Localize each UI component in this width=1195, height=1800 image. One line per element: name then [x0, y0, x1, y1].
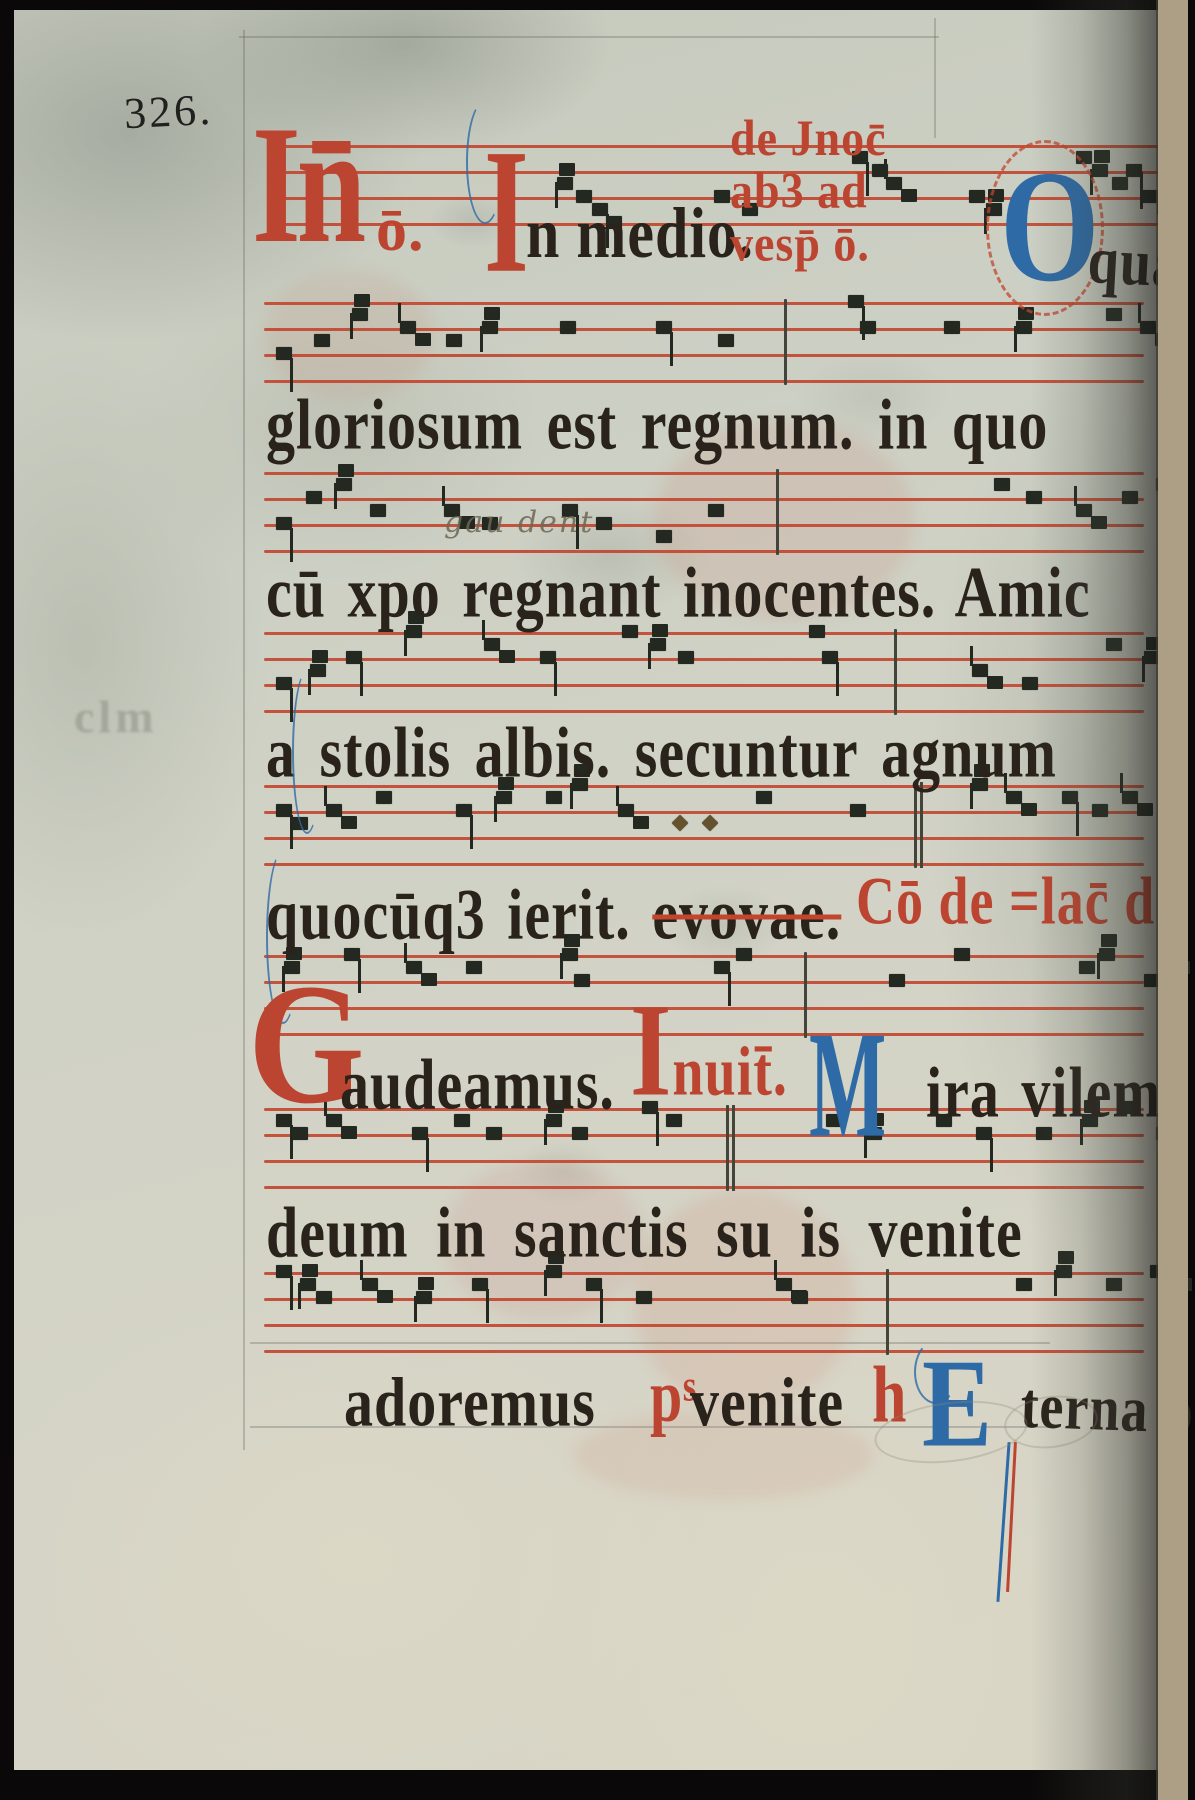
neume — [714, 961, 730, 974]
neume — [1122, 491, 1138, 504]
neume — [618, 804, 634, 817]
neume — [362, 1278, 378, 1291]
neume — [486, 1127, 502, 1140]
rubric-commemoration: Cō de =lac̄ d'. — [856, 862, 1186, 940]
neume — [276, 517, 292, 530]
penwork-flourish — [292, 670, 322, 834]
chant-line5: quocūq3 ierit. evovae. — [266, 872, 841, 956]
neume — [822, 651, 838, 664]
neume — [792, 1291, 808, 1304]
neume — [889, 974, 905, 987]
rubric-heading-line2: ab3 ad — [730, 165, 887, 218]
chant-line8-adoremus: adoremus — [344, 1362, 596, 1442]
neume — [1092, 804, 1108, 817]
staff-line — [264, 498, 1144, 501]
neume — [656, 530, 672, 543]
neume — [1106, 638, 1122, 651]
chant-line8-venite: venite — [690, 1362, 844, 1442]
neume — [1099, 948, 1115, 961]
incipit-monogram: In̄ — [252, 102, 362, 271]
neume — [1076, 504, 1092, 517]
neume — [300, 1278, 316, 1291]
neume — [1016, 321, 1032, 334]
neume — [1022, 677, 1038, 690]
neume — [484, 638, 500, 651]
division-bar — [886, 1269, 889, 1355]
neume — [306, 491, 322, 504]
neume — [1112, 177, 1128, 190]
division-bar — [894, 629, 897, 715]
manuscript-page: clm 326. In̄ ō. I n medio. de Jnoc̄ ab3 … — [14, 10, 1160, 1770]
neume — [1106, 308, 1122, 321]
staff-line — [264, 1350, 1144, 1353]
staff-line — [264, 1160, 1144, 1163]
staff-line — [264, 1007, 1144, 1010]
staff-line — [264, 354, 1144, 357]
division-bar — [776, 469, 779, 555]
neume — [972, 664, 988, 677]
neume — [886, 177, 902, 190]
neume — [586, 1278, 602, 1291]
staff-line — [264, 981, 1144, 984]
neume — [276, 677, 292, 690]
rubric-heading: de Jnoc̄ ab3 ad vesp̄ ō. — [730, 112, 887, 270]
division-bar — [784, 299, 787, 385]
neume — [276, 804, 292, 817]
ruling-line-horizontal-top — [239, 36, 939, 38]
neume — [656, 321, 672, 334]
neume — [650, 638, 666, 651]
neume — [456, 804, 472, 817]
neume — [574, 974, 590, 987]
neume — [678, 651, 694, 664]
incipit-suffix: ō. — [376, 195, 425, 266]
neume — [400, 321, 416, 334]
neume — [557, 177, 573, 190]
manuscript-photo: clm 326. In̄ ō. I n medio. de Jnoc̄ ab3 … — [0, 0, 1195, 1800]
neume — [1106, 1278, 1122, 1291]
chant-line7: deum in sanctis su is venite — [266, 1190, 1023, 1274]
neume — [954, 948, 970, 961]
neume — [1062, 791, 1078, 804]
staff-line — [264, 811, 1144, 814]
music-staff — [264, 472, 1144, 554]
neume — [336, 478, 352, 491]
facing-page-edge — [1158, 0, 1188, 1800]
showthrough-text: clm — [74, 690, 158, 743]
initial-o-quam: O — [1000, 146, 1100, 306]
neume — [596, 517, 612, 530]
neume — [672, 815, 689, 832]
neume — [1056, 1265, 1072, 1278]
neume — [718, 334, 734, 347]
neume — [944, 321, 960, 334]
staff-line — [264, 472, 1144, 475]
staff-line — [264, 1324, 1144, 1327]
neume — [352, 308, 368, 321]
neume — [572, 1127, 588, 1140]
neume — [636, 1291, 652, 1304]
staff-line — [264, 524, 1144, 527]
chant-line5-text: quocūq3 ierit. — [266, 873, 631, 954]
neume — [1122, 791, 1138, 804]
neume — [540, 651, 556, 664]
rubric-heading-line1: de Jnoc̄ — [730, 112, 887, 165]
neume — [860, 321, 876, 334]
neume — [406, 961, 422, 974]
neume — [702, 815, 719, 832]
neume — [316, 1291, 332, 1304]
chant-line3: cū xpo regnant inocentes. Amic — [266, 550, 1091, 634]
neume — [1079, 961, 1095, 974]
neume — [466, 961, 482, 974]
neume — [1026, 491, 1042, 504]
neume — [848, 295, 864, 308]
division-bar — [914, 782, 917, 868]
rubric-invitatory: Inuit̄. — [630, 1032, 788, 1112]
staff-line — [264, 1186, 1144, 1189]
music-staff — [264, 1272, 1144, 1354]
neume — [850, 804, 866, 817]
chant-line2: gloriosum est regnum. in quo — [266, 382, 1048, 466]
neume — [969, 190, 985, 203]
staff-line — [264, 1298, 1144, 1301]
initial-mirabilem: M — [809, 1008, 886, 1160]
neume — [1016, 1278, 1032, 1291]
ruling-line-vertical-left — [243, 30, 245, 1450]
neume — [346, 651, 362, 664]
staff-line — [264, 837, 1144, 840]
chant-line1-left: n medio. — [526, 192, 754, 275]
neume — [412, 1127, 428, 1140]
neume — [416, 1291, 432, 1304]
chant-line6-iravilem: ira vilem — [926, 1050, 1162, 1134]
staff-line — [264, 658, 1144, 661]
neume — [446, 334, 462, 347]
neume — [472, 1278, 488, 1291]
staff-line — [264, 1134, 1144, 1137]
evovae-word: evovae. — [652, 873, 841, 954]
initial-in-medio: I — [484, 122, 529, 300]
neume — [776, 1278, 792, 1291]
music-staff — [264, 632, 1144, 714]
staff-line — [264, 684, 1144, 687]
neume — [560, 321, 576, 334]
neume — [314, 334, 330, 347]
neume — [326, 804, 342, 817]
folio-number: 326. — [123, 84, 215, 140]
neume — [370, 504, 386, 517]
division-bar — [726, 1105, 729, 1191]
division-bar — [804, 952, 807, 1038]
gloss-annotation: gau dent — [444, 505, 594, 540]
music-staff — [264, 955, 1144, 1037]
neume — [482, 321, 498, 334]
staff-line — [264, 328, 1144, 331]
chant-line6-audeamus: audeamus. — [340, 1042, 615, 1126]
neume — [994, 478, 1010, 491]
chant-line4: a stolis albis. secuntur agnum — [266, 710, 1057, 794]
neume — [276, 347, 292, 360]
neume — [1140, 321, 1156, 334]
music-staff — [264, 785, 1144, 867]
neume — [708, 504, 724, 517]
rubric-heading-line3: vesp̄ ō. — [730, 218, 887, 271]
